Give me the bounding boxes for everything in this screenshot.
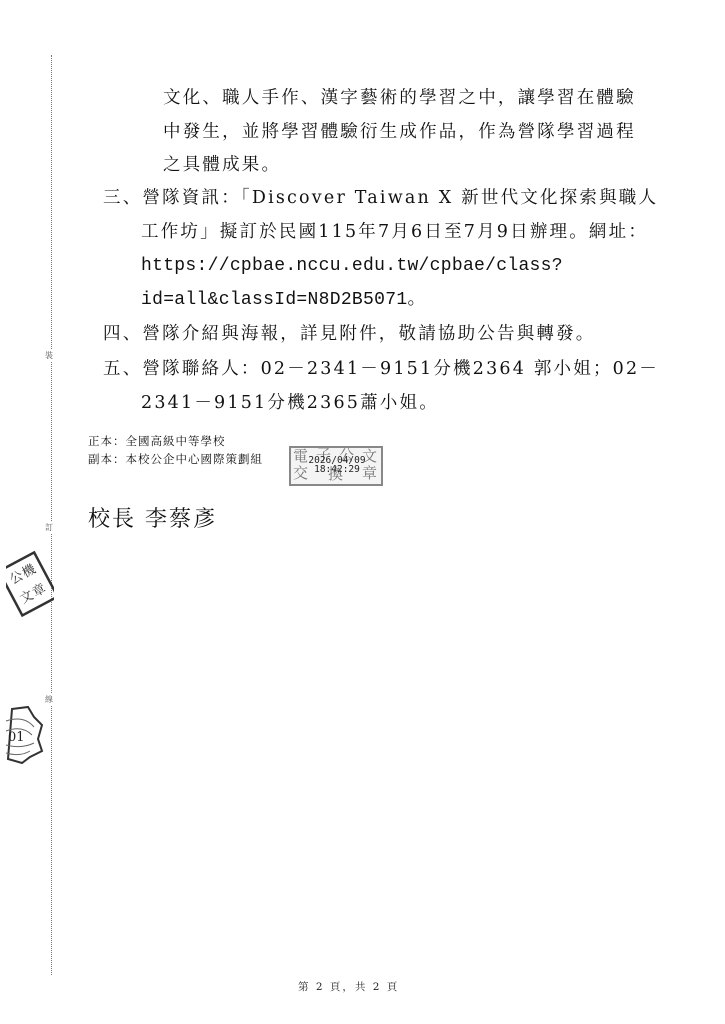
camp-url-line-2[interactable]: id=all&classId=N8D2B5071。 bbox=[141, 290, 426, 310]
stamp-char: 電 bbox=[293, 449, 308, 464]
body-line-3: 之具體成果。 bbox=[163, 155, 281, 175]
document-page: 裝 訂 線 公 機 文 章 01 文化、職人手作、漢字藝術的學習之中，讓學習在體… bbox=[0, 0, 725, 1024]
camp-url-line-1[interactable]: https://cpbae.nccu.edu.tw/cpbae/class? bbox=[141, 256, 563, 276]
margin-label-line: 線 bbox=[45, 694, 53, 706]
principal-signature: 校長 李蔡彥 bbox=[88, 502, 217, 533]
body-line-2: 中發生，並將學習體驗衍生成作品，作為營隊學習過程 bbox=[163, 122, 636, 142]
page-number: 第 2 頁，共 2 頁 bbox=[298, 979, 399, 994]
binding-dotted-line bbox=[51, 55, 52, 975]
round-seal-icon: 01 bbox=[4, 705, 46, 765]
svg-text:01: 01 bbox=[8, 730, 25, 745]
stamp-time: 18:42:29 bbox=[307, 465, 367, 474]
item-3-line-2: 工作坊」擬訂於民國115年7月6日至7月9日辦理。網址： bbox=[141, 222, 648, 242]
body-line-1: 文化、職人手作、漢字藝術的學習之中，讓學習在體驗 bbox=[163, 88, 636, 108]
official-seal-icon: 公 機 文 章 bbox=[6, 548, 54, 618]
item-5-contacts-line-1: 五、營隊聯絡人：02－2341－9151分機2364 郭小姐；02－ bbox=[103, 359, 659, 379]
item-3-camp-info: 三、營隊資訊：「Discover Taiwan X 新世代文化探索與職人 bbox=[103, 188, 658, 208]
margin-label-staple: 訂 bbox=[45, 522, 53, 534]
e-exchange-stamp: 電 子 公 文 交 換 章 2026/04/09 18:42:29 bbox=[289, 446, 383, 486]
item-3-line-1: 三、營隊資訊：「Discover Taiwan X 新世代文化探索與職人 bbox=[103, 188, 658, 208]
stamp-datetime: 2026/04/09 18:42:29 bbox=[307, 456, 367, 474]
item-4-intro-poster: 四、營隊介紹與海報，詳見附件，敬請協助公告與轉發。 bbox=[103, 324, 596, 344]
stamp-char: 交 bbox=[293, 466, 308, 481]
item-5-contacts-line-2: 2341－9151分機2365蕭小姐。 bbox=[141, 393, 439, 413]
copy-recipient: 副本：本校公企中心國際策劃組 bbox=[88, 451, 263, 467]
primary-recipient: 正本：全國高級中等學校 bbox=[88, 433, 226, 449]
margin-label-bind: 裝 bbox=[45, 350, 53, 362]
